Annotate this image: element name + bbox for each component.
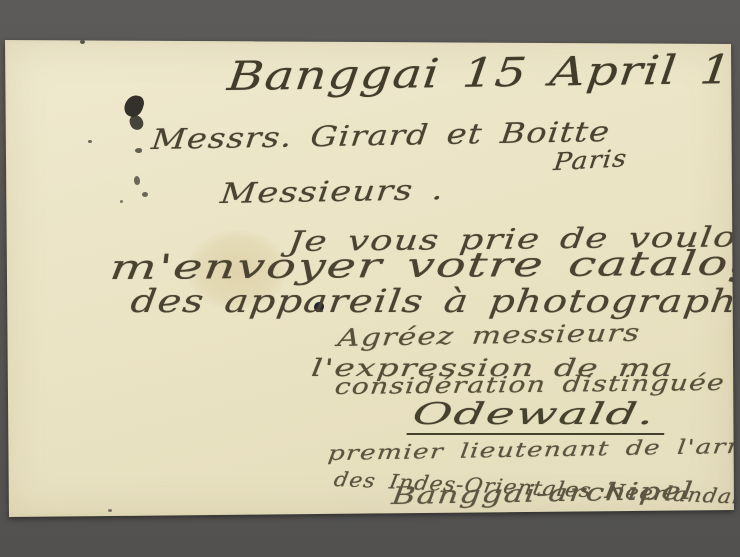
handwriting-body-line-2: m'envoyer votre catalogue xyxy=(108,246,734,285)
ink-speck xyxy=(142,192,148,197)
handwriting-sender-place: Banggai-archipel xyxy=(390,479,695,508)
handwriting-body-line-3: des appareils à photographies. xyxy=(129,285,734,317)
handwriting-dateline: Banggai 15 April 1910. xyxy=(226,48,734,97)
handwriting-addressee: Messrs. Girard et Boitte xyxy=(150,118,612,154)
ink-speck xyxy=(80,40,85,44)
ink-speck xyxy=(108,509,112,512)
ink-smudge xyxy=(128,113,145,132)
photo-backdrop: Banggai 15 April 1910. Messrs. Girard et… xyxy=(0,0,740,557)
handwriting-sender-title-1: premier lieutenant de l'armée xyxy=(327,435,734,463)
handwriting-signature: Odewald. xyxy=(406,400,670,435)
ink-speck xyxy=(135,148,142,153)
handwriting-closing-line-1: Agréez messieurs xyxy=(336,321,641,350)
handwriting-salutation: Messieurs . xyxy=(219,176,446,208)
ink-speck xyxy=(134,176,140,185)
postcard-wrapper: Banggai 15 April 1910. Messrs. Girard et… xyxy=(3,39,734,518)
postcard: Banggai 15 April 1910. Messrs. Girard et… xyxy=(3,39,734,518)
ink-speck xyxy=(120,200,123,203)
handwriting-closing-line-3: considération distinguée xyxy=(334,373,727,399)
handwriting-city: Paris xyxy=(552,146,628,174)
ink-speck xyxy=(88,140,92,143)
